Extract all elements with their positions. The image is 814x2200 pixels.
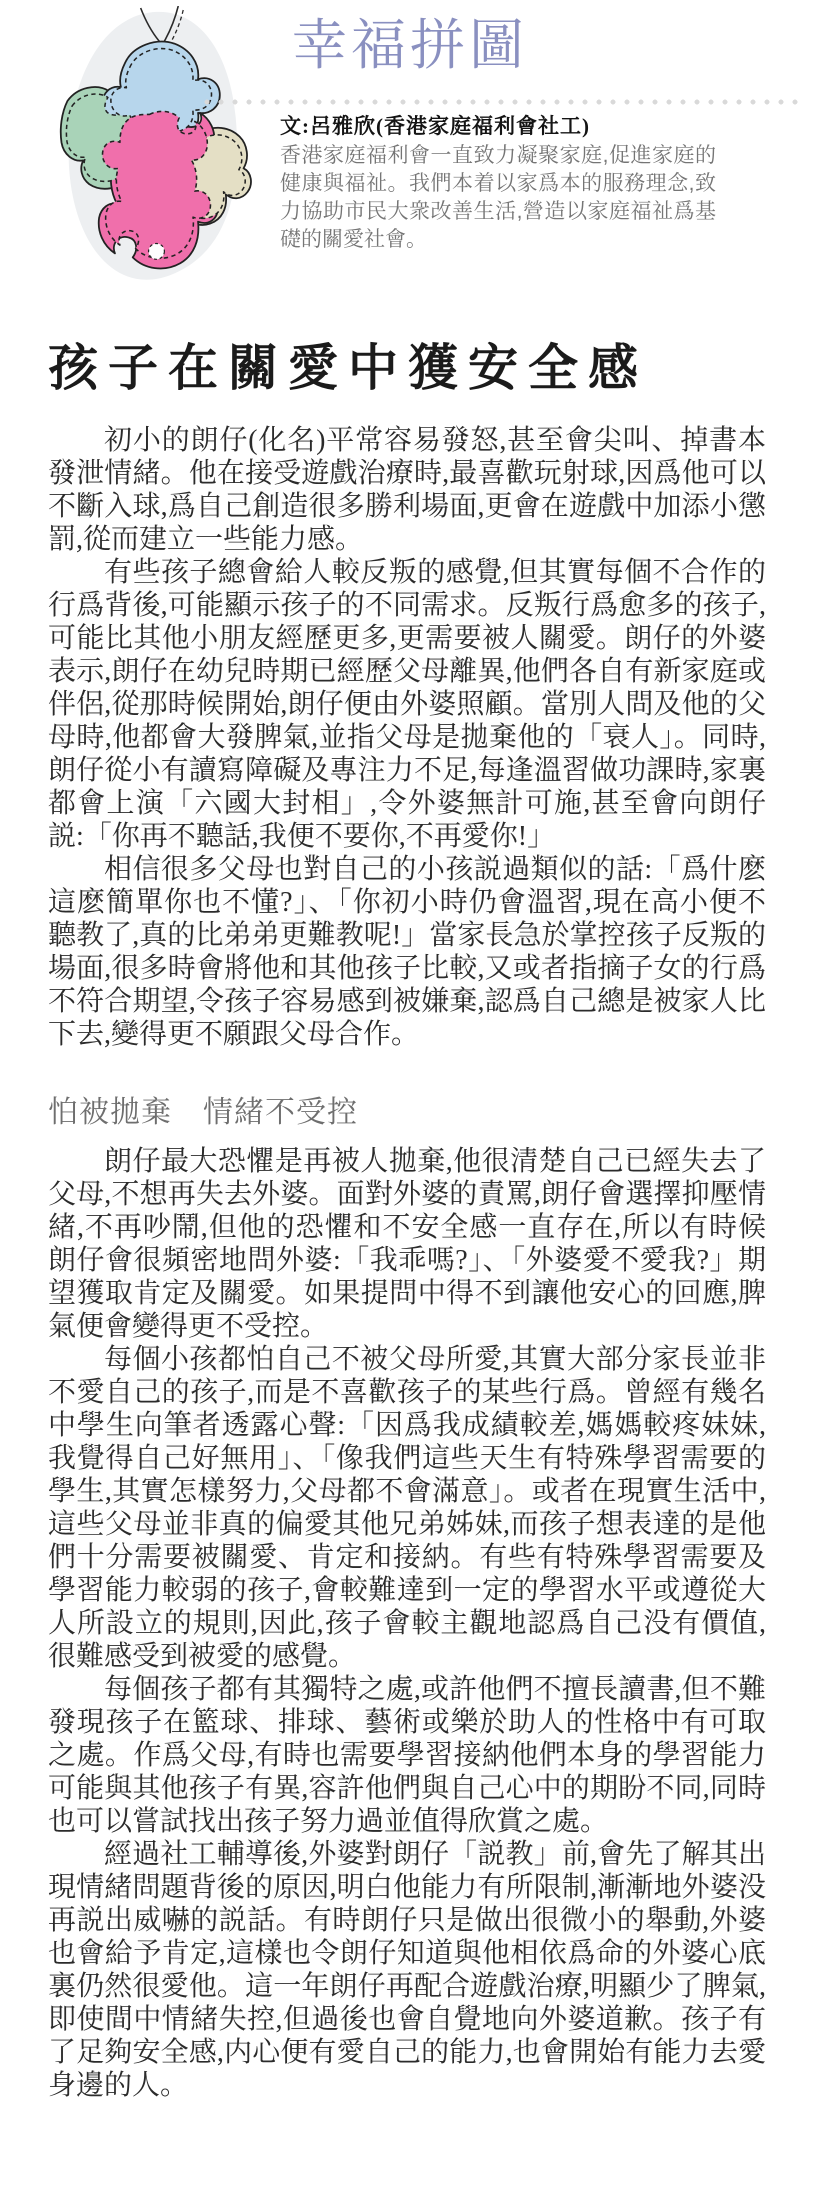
puzzle-pieces-icon (52, 6, 258, 288)
article-body: 孩子在關愛中獲安全感 初小的朗仔(化名)平常容易發怒,甚至會尖叫、掉書本發泄情緒… (0, 340, 814, 2102)
puzzle-illustration (52, 6, 258, 288)
article-paragraph: 朗仔最大恐懼是再被人拋棄,他很清楚自己已經失去了父母,不想再失去外婆。面對外婆的… (48, 1145, 766, 1343)
article-paragraph: 每個小孩都怕自己不被父母所愛,其實大部分家長並非不愛自己的孩子,而是不喜歡孩子的… (48, 1343, 766, 1673)
masthead: 幸福拼圖 文:呂雅欣(香港家庭福利會社工) 香港家庭福利會一直致力凝聚家庭,促進… (0, 0, 814, 296)
article-paragraph: 每個孩子都有其獨特之處,或許他們不擅長讀書,但不難發現孩子在籃球、排球、藝術或樂… (48, 1673, 766, 1838)
puzzle-detail-spot (149, 243, 165, 259)
article-paragraph: 經過社工輔導後,外婆對朗仔「説教」前,會先了解其出現情緒問題背後的原因,明白他能… (48, 1838, 766, 2102)
article-paragraph: 初小的朗仔(化名)平常容易發怒,甚至會尖叫、掉書本發泄情緒。他在接受遊戲治療時,… (48, 424, 766, 556)
newspaper-page: 幸福拼圖 文:呂雅欣(香港家庭福利會社工) 香港家庭福利會一直致力凝聚家庭,促進… (0, 0, 814, 2200)
masthead-intro: 香港家庭福利會一直致力凝聚家庭,促進家庭的健康與福祉。我們本着以家爲本的服務理念… (280, 142, 716, 254)
dotted-divider (204, 99, 806, 105)
section-subhead: 怕被拋棄 情緒不受控 (48, 1087, 766, 1131)
article-paragraph: 有些孩子總會給人較反叛的感覺,但其實每個不合作的行爲背後,可能顯示孩子的不同需求… (48, 556, 766, 853)
article-paragraph: 相信很多父母也對自己的小孩説過類似的話:「爲什麽這麽簡單你也不懂?」、「你初小時… (48, 853, 766, 1051)
article-headline: 孩子在關愛中獲安全感 (48, 340, 766, 398)
column-title: 幸福拼圖 (292, 18, 528, 73)
byline: 文:呂雅欣(香港家庭福利會社工) (280, 110, 590, 140)
